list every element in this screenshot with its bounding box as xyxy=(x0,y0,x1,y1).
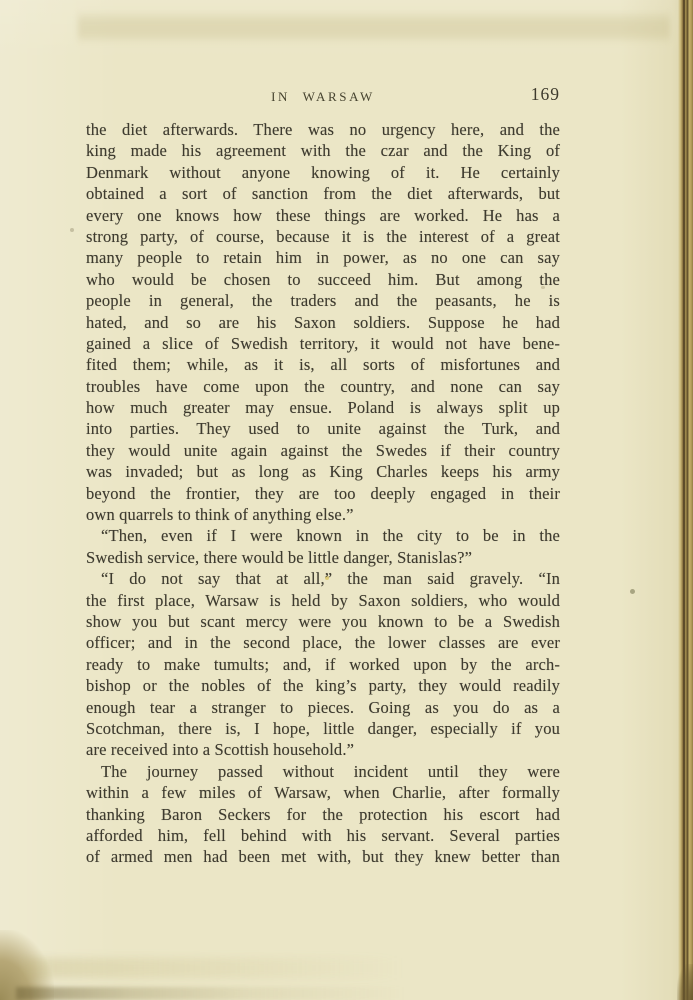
scan-top-shading xyxy=(78,10,670,44)
text-line: was invaded; but as long as King Charles… xyxy=(86,461,560,482)
text-line: the diet afterwards. There was no urgenc… xyxy=(86,119,560,140)
text-line: enough tear a stranger to pieces. Going … xyxy=(86,697,560,718)
text-line: troubles have come upon the country, and… xyxy=(86,376,560,397)
paper-speck xyxy=(630,589,635,594)
text-line: gained a slice of Swedish territory, it … xyxy=(86,333,560,354)
book-page-scan: IN WARSAW 169 the diet afterwards. There… xyxy=(0,0,693,1000)
text-line: people in general, the traders and the p… xyxy=(86,290,560,311)
text-line: many people to retain him in power, as n… xyxy=(86,247,560,268)
scan-bottom-streak xyxy=(24,958,404,978)
page-edge-right xyxy=(678,0,693,1000)
text-line: obtained a sort of sanction from the die… xyxy=(86,183,560,204)
body-text: the diet afterwards. There was no urgenc… xyxy=(86,119,560,868)
text-line: king made his agreement with the czar an… xyxy=(86,140,560,161)
text-line: Scotchman, there is, I hope, little dang… xyxy=(86,718,560,739)
text-line: of armed men had been met with, but they… xyxy=(86,846,560,867)
page-corner-bottom-right xyxy=(677,964,693,1000)
text-line: within a few miles of Warsaw, when Charl… xyxy=(86,782,560,803)
text-line: Swedish service, there would be little d… xyxy=(86,547,560,568)
text-line: hated, and so are his Saxon soldiers. Su… xyxy=(86,312,560,333)
text-line: beyond the frontier, they are too deeply… xyxy=(86,483,560,504)
text-line: into parties. They used to unite against… xyxy=(86,418,560,439)
text-line: are received into a Scottish household.” xyxy=(86,739,560,760)
text-line: fited them; while, as it is, all sorts o… xyxy=(86,354,560,375)
text-line: The journey passed without incident unti… xyxy=(86,761,560,782)
text-line: they would unite again against the Swede… xyxy=(86,440,560,461)
text-line: “Then, even if I were known in the city … xyxy=(86,525,560,546)
text-line: who would be chosen to succeed him. But … xyxy=(86,269,560,290)
text-line: strong party, of course, because it is t… xyxy=(86,226,560,247)
text-line: own quarrels to think of anything else.” xyxy=(86,504,560,525)
text-line: ready to make tumults; and, if worked up… xyxy=(86,654,560,675)
text-line: afforded him, fell behind with his serva… xyxy=(86,825,560,846)
text-line: Denmark without anyone knowing of it. He… xyxy=(86,162,560,183)
text-line: “I do not say that at all,” the man said… xyxy=(86,568,560,589)
text-line: the first place, Warsaw is held by Saxon… xyxy=(86,590,560,611)
page-header: IN WARSAW 169 xyxy=(86,86,560,106)
page-bottom-shadow xyxy=(16,987,406,1000)
text-line: every one knows how these things are wor… xyxy=(86,205,560,226)
text-line: thanking Baron Seckers for the protectio… xyxy=(86,804,560,825)
text-line: bishop or the nobles of the king’s party… xyxy=(86,675,560,696)
text-line: how much greater may ensue. Poland is al… xyxy=(86,397,560,418)
paper-speck xyxy=(70,228,74,232)
text-line: officer; and in the second place, the lo… xyxy=(86,632,560,653)
running-title: IN WARSAW xyxy=(86,89,560,105)
page-number: 169 xyxy=(531,84,560,105)
text-line: show you but scant mercy were you known … xyxy=(86,611,560,632)
